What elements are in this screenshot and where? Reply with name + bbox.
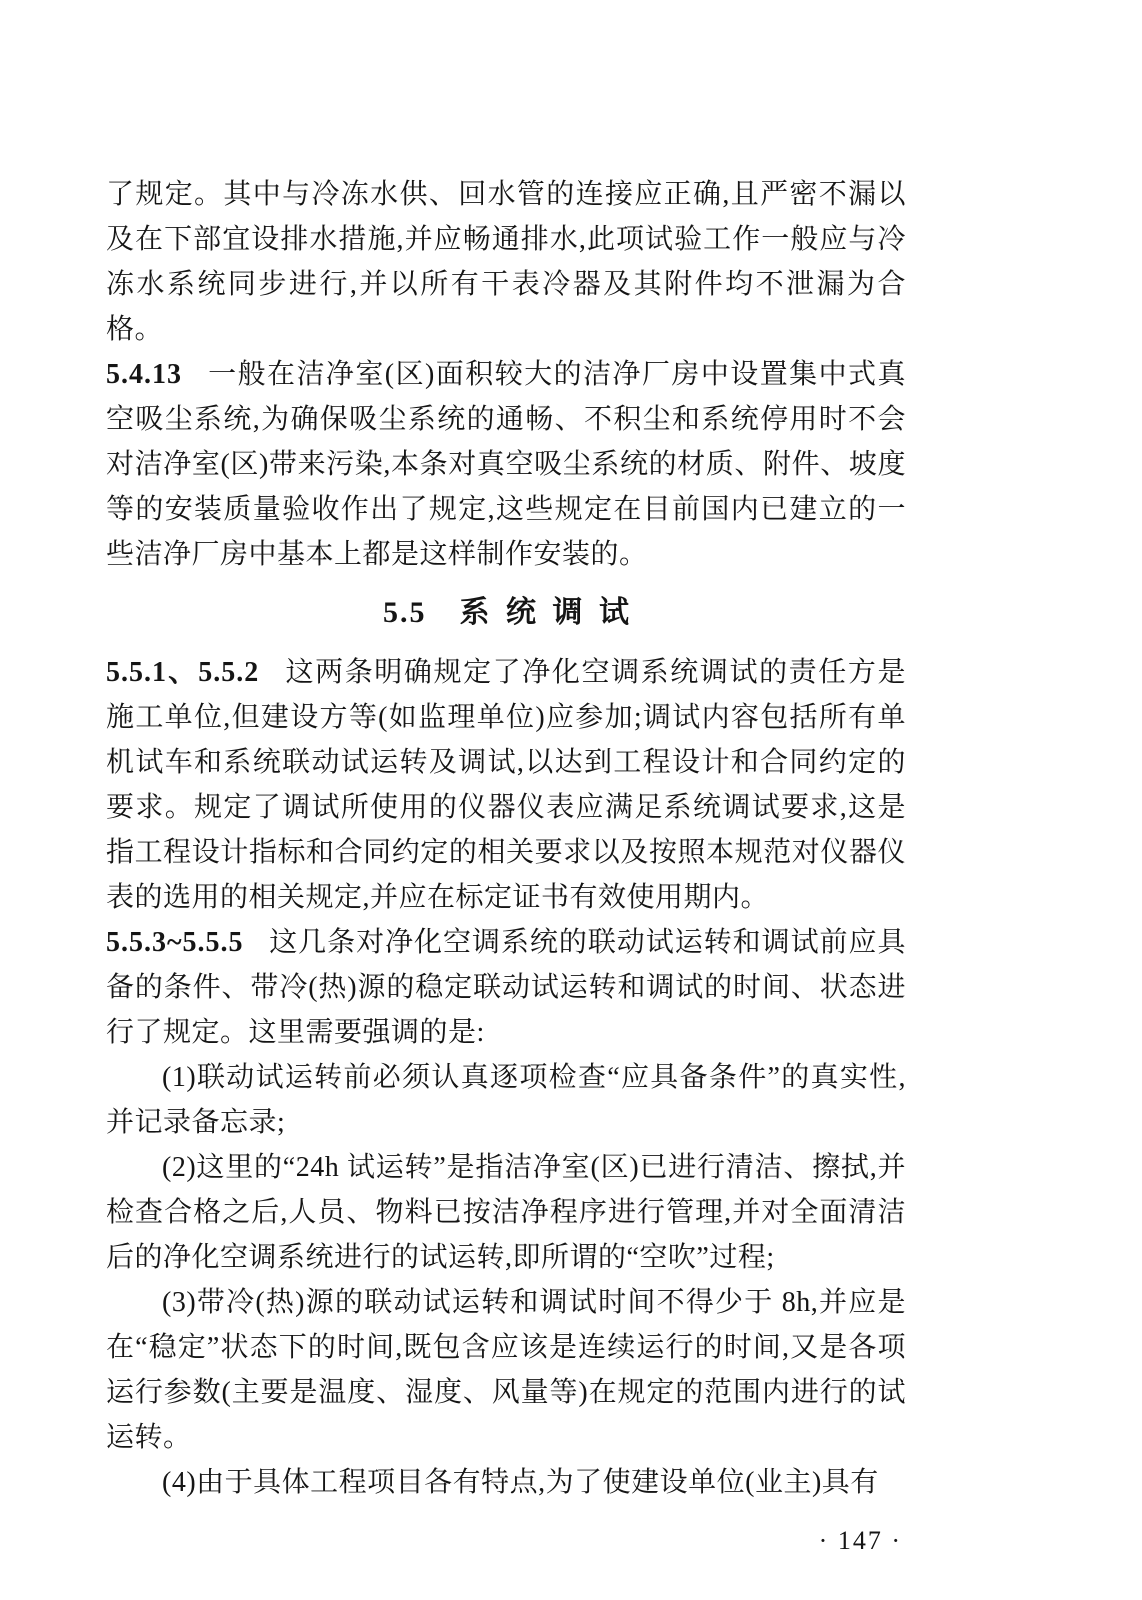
clause-number: 5.5.3~5.5.5	[106, 927, 244, 958]
paragraph-continuation: 了规定。其中与冷冻水供、回水管的连接应正确,且严密不漏以及在下部宜设排水措施,并…	[106, 172, 906, 352]
text-column: 了规定。其中与冷冻水供、回水管的连接应正确,且严密不漏以及在下部宜设排水措施,并…	[106, 172, 906, 1561]
section-number: 5.5	[383, 596, 427, 629]
page-number: · 147 ·	[106, 1521, 906, 1561]
clause-body-text: 这两条明确规定了净化空调系统调试的责任方是施工单位,但建设方等(如监理单位)应参…	[106, 657, 906, 913]
clause-number: 5.4.13	[106, 359, 182, 390]
list-item-3: (3)带冷(热)源的联动试运转和调试时间不得少于 8h,并应是在“稳定”状态下的…	[106, 1280, 906, 1460]
clause-body-text: 一般在洁净室(区)面积较大的洁净厂房中设置集中式真空吸尘系统,为确保吸尘系统的通…	[106, 359, 906, 570]
list-item-1: (1)联动试运转前必须认真逐项检查“应具备条件”的真实性,并记录备忘录;	[106, 1055, 906, 1145]
list-item-2: (2)这里的“24h 试运转”是指洁净室(区)已进行清洁、擦拭,并检查合格之后,…	[106, 1145, 906, 1280]
list-item-4: (4)由于具体工程项目各有特点,为了使建设单位(业主)具有	[106, 1460, 906, 1505]
clause-number: 5.5.1、5.5.2	[106, 657, 259, 688]
document-page: 了规定。其中与冷冻水供、回水管的连接应正确,且严密不漏以及在下部宜设排水措施,并…	[0, 0, 1142, 1600]
section-heading: 5.5系统调试	[106, 590, 906, 635]
clause-5-4-13: 5.4.13一般在洁净室(区)面积较大的洁净厂房中设置集中式真空吸尘系统,为确保…	[106, 352, 906, 577]
clause-5-5-1-5-5-2: 5.5.1、5.5.2这两条明确规定了净化空调系统调试的责任方是施工单位,但建设…	[106, 650, 906, 920]
section-title: 系统调试	[460, 596, 646, 629]
clause-5-5-3-5-5-5: 5.5.3~5.5.5这几条对净化空调系统的联动试运转和调试前应具备的条件、带冷…	[106, 920, 906, 1055]
